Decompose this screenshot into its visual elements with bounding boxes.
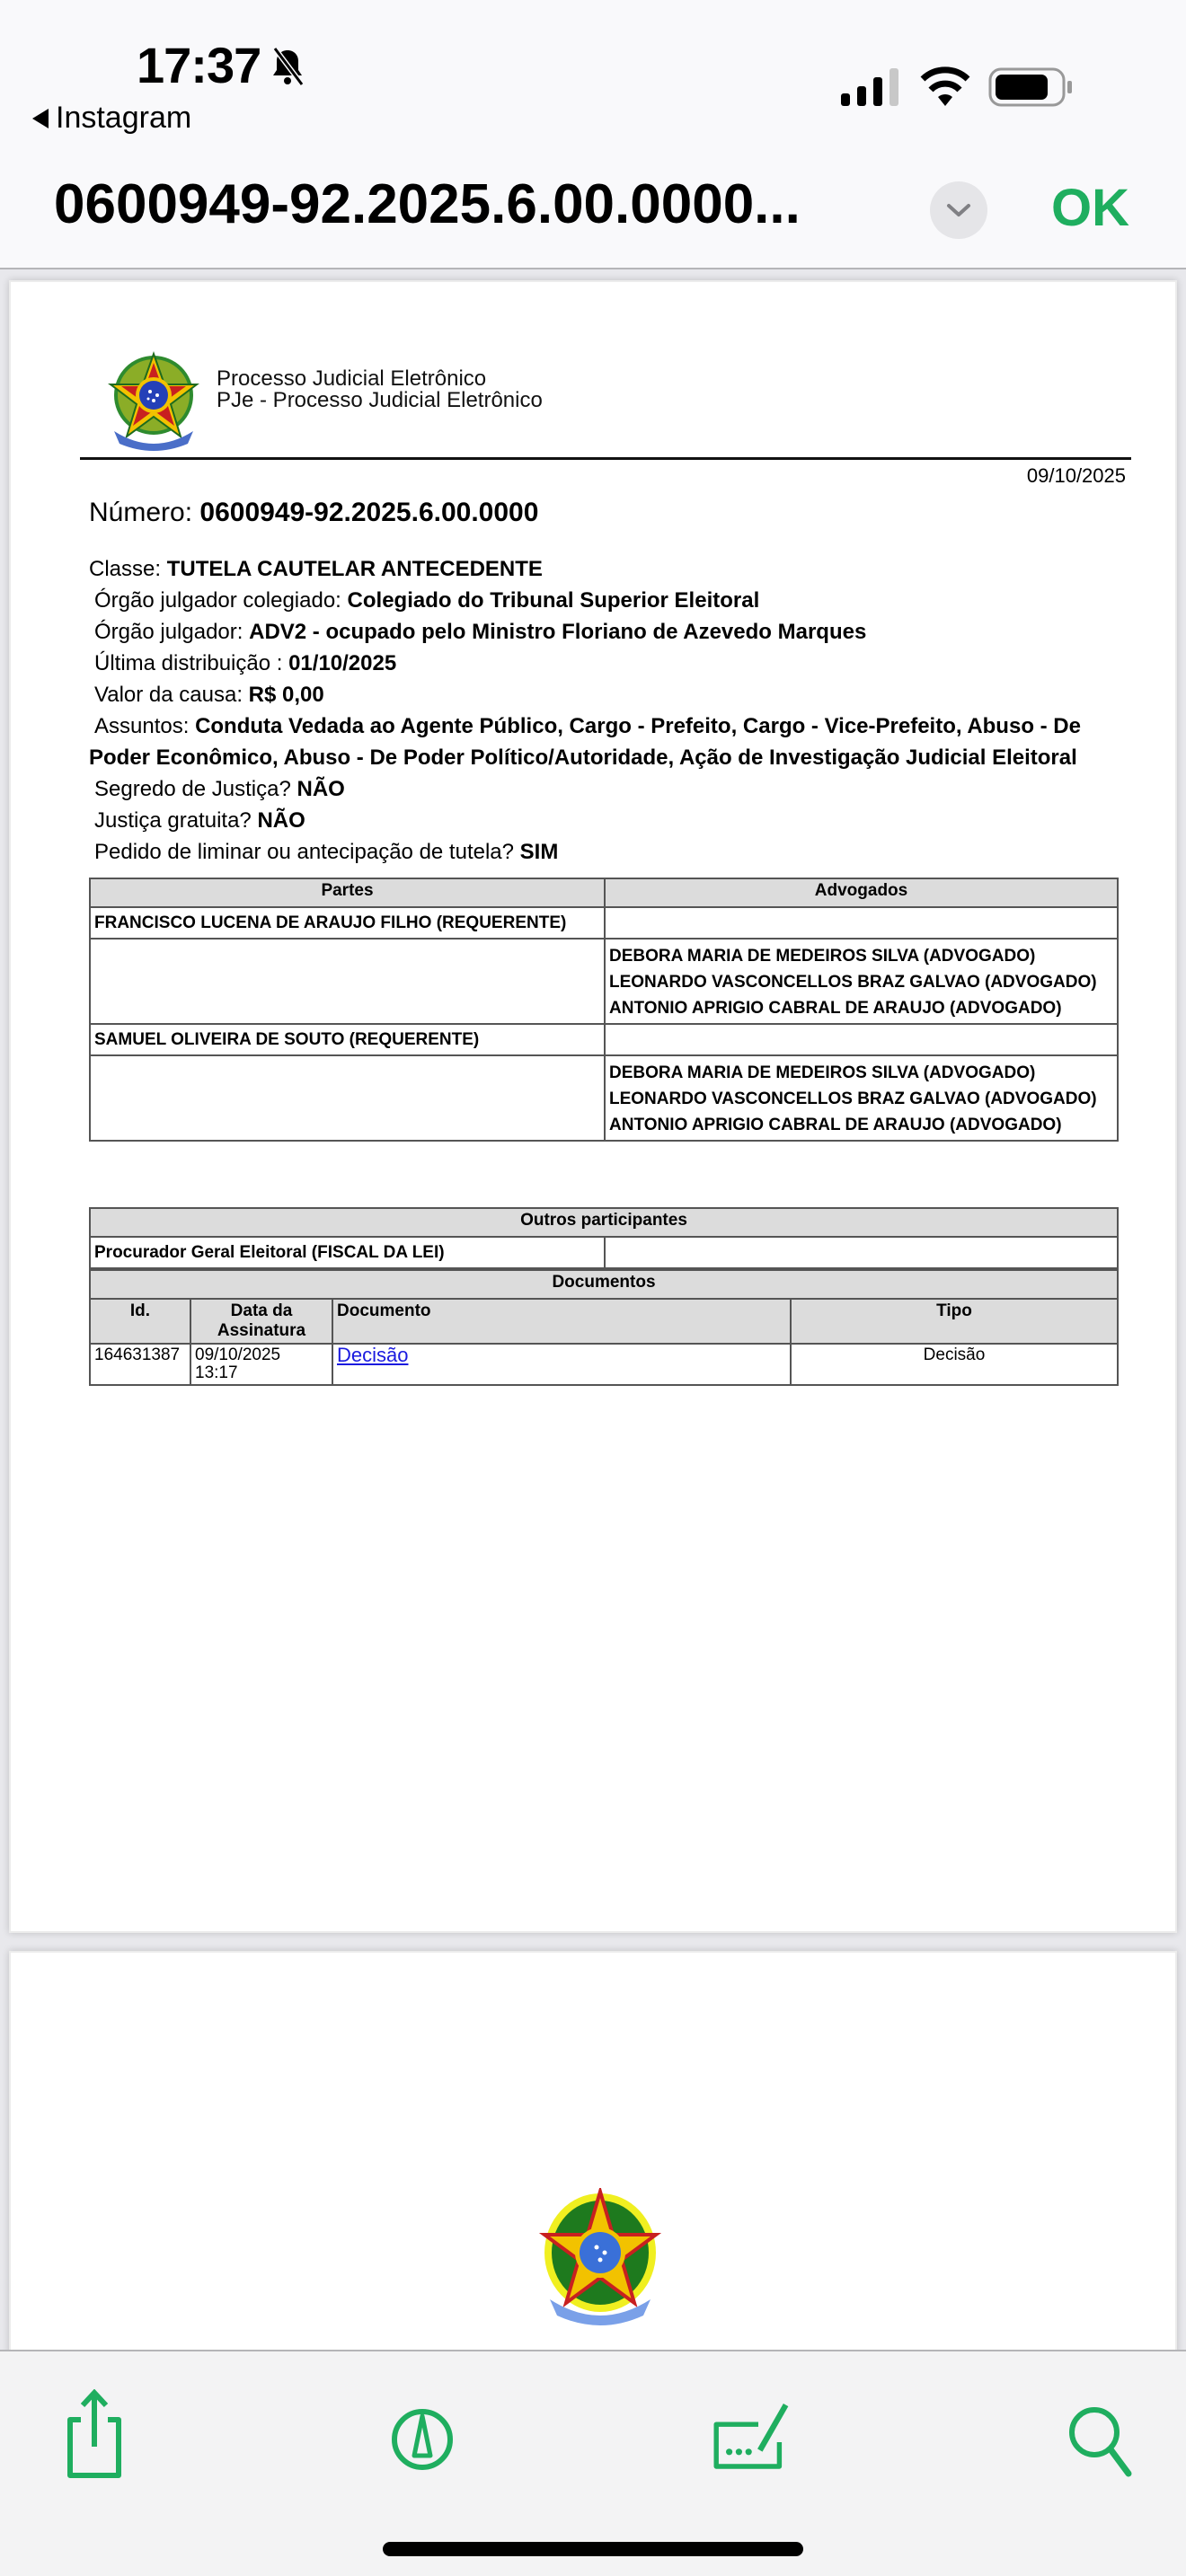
field-orgao-colegiado: Órgão julgador colegiado: Colegiado do T…	[89, 585, 1122, 616]
header-line-2: PJe - Processo Judicial Eletrônico	[217, 390, 543, 411]
participant-name: Procurador Geral Eleitoral (FISCAL DA LE…	[90, 1237, 605, 1268]
brazil-coat-of-arms-icon	[105, 350, 202, 451]
party-name: FRANCISCO LUCENA DE ARAUJO FILHO (REQUER…	[90, 907, 605, 939]
brazil-coat-of-arms-icon	[537, 2188, 663, 2332]
cellular-signal-icon	[839, 66, 902, 108]
wifi-icon	[918, 63, 972, 108]
col-data: Data da Assinatura	[190, 1299, 332, 1344]
header-divider	[80, 457, 1131, 460]
partes-table: Partes Advogados FRANCISCO LUCENA DE ARA…	[89, 878, 1119, 1142]
bottom-toolbar	[0, 2350, 1186, 2576]
ok-button[interactable]: OK	[1051, 178, 1129, 238]
document-title-bar: 0600949-92.2025.6.00.0000... OK	[0, 153, 1186, 269]
bell-slash-icon	[266, 45, 309, 88]
table-row: FRANCISCO LUCENA DE ARAUJO FILHO (REQUER…	[90, 907, 1118, 939]
documentos-header: Documentos	[90, 1270, 1118, 1299]
home-indicator[interactable]	[383, 2542, 803, 2556]
table-row: DEBORA MARIA DE MEDEIROS SILVA (ADVOGADO…	[90, 1055, 1118, 1141]
field-classe: Classe: TUTELA CAUTELAR ANTECEDENTE	[89, 553, 1122, 585]
field-justica-gratuita: Justiça gratuita? NÃO	[89, 805, 1122, 836]
share-icon[interactable]	[54, 2389, 135, 2479]
field-segredo-justica: Segredo de Justiça? NÃO	[89, 773, 1122, 805]
process-number: Número: 0600949-92.2025.6.00.0000	[89, 498, 538, 528]
field-pedido-liminar: Pedido de liminar ou antecipação de tute…	[89, 836, 1122, 868]
partes-header: Partes	[90, 878, 605, 907]
doc-tipo: Decisão	[791, 1344, 1118, 1385]
numero-label: Número:	[89, 498, 192, 527]
lawyer-list: DEBORA MARIA DE MEDEIROS SILVA (ADVOGADO…	[605, 1055, 1118, 1141]
table-row: DEBORA MARIA DE MEDEIROS SILVA (ADVOGADO…	[90, 939, 1118, 1024]
battery-icon	[988, 66, 1075, 108]
party-name: SAMUEL OLIVEIRA DE SOUTO (REQUERENTE)	[90, 1024, 605, 1055]
documentos-table: Documentos Id. Data da Assinatura Docume…	[89, 1269, 1119, 1386]
col-documento: Documento	[332, 1299, 791, 1344]
document-title: 0600949-92.2025.6.00.0000...	[54, 172, 801, 236]
document-link[interactable]: Decisão	[337, 1344, 408, 1366]
lawyer-list: DEBORA MARIA DE MEDEIROS SILVA (ADVOGADO…	[605, 939, 1118, 1024]
back-to-app-link[interactable]: Instagram	[32, 101, 191, 136]
advogados-header: Advogados	[605, 878, 1118, 907]
table-row: 164631387 09/10/2025 13:17 Decisão Decis…	[90, 1344, 1118, 1385]
numero-value: 0600949-92.2025.6.00.0000	[199, 498, 538, 527]
header-line-1: Processo Judicial Eletrônico	[217, 368, 543, 390]
field-assuntos: Assuntos: Conduta Vedada ao Agente Públi…	[89, 710, 1122, 773]
outros-participantes-table: Outros participantes Procurador Geral El…	[89, 1207, 1119, 1269]
back-triangle-icon	[32, 109, 49, 128]
markup-pen-icon[interactable]	[382, 2389, 463, 2479]
doc-id: 164631387	[90, 1344, 190, 1385]
col-id: Id.	[90, 1299, 190, 1344]
pdf-page-2	[9, 1951, 1177, 2418]
search-icon[interactable]	[1060, 2389, 1141, 2479]
doc-date: 09/10/2025 13:17	[190, 1344, 332, 1385]
col-tipo: Tipo	[791, 1299, 1118, 1344]
outros-header: Outros participantes	[90, 1208, 1118, 1237]
chevron-down-icon	[945, 201, 972, 219]
header-text: Processo Judicial Eletrônico PJe - Proce…	[217, 368, 543, 411]
signature-icon[interactable]	[710, 2389, 791, 2479]
document-header: Processo Judicial Eletrônico PJe - Proce…	[80, 350, 1131, 469]
pdf-page-1: Processo Judicial Eletrônico PJe - Proce…	[9, 280, 1177, 1933]
table-row: SAMUEL OLIVEIRA DE SOUTO (REQUERENTE)	[90, 1024, 1118, 1055]
field-ultima-distribuicao: Última distribuição : 01/10/2025	[89, 648, 1122, 679]
print-date: 09/10/2025	[1027, 464, 1126, 488]
clock: 17:37	[137, 36, 261, 94]
process-fields: Classe: TUTELA CAUTELAR ANTECEDENTE Órgã…	[89, 553, 1122, 868]
expand-title-button[interactable]	[930, 181, 987, 239]
field-orgao-julgador: Órgão julgador: ADV2 - ocupado pelo Mini…	[89, 616, 1122, 648]
back-app-label: Instagram	[56, 101, 191, 136]
status-bar: 17:37 Instagram	[0, 0, 1186, 153]
field-valor-causa: Valor da causa: R$ 0,00	[89, 679, 1122, 710]
table-row: Procurador Geral Eleitoral (FISCAL DA LE…	[90, 1237, 1118, 1268]
